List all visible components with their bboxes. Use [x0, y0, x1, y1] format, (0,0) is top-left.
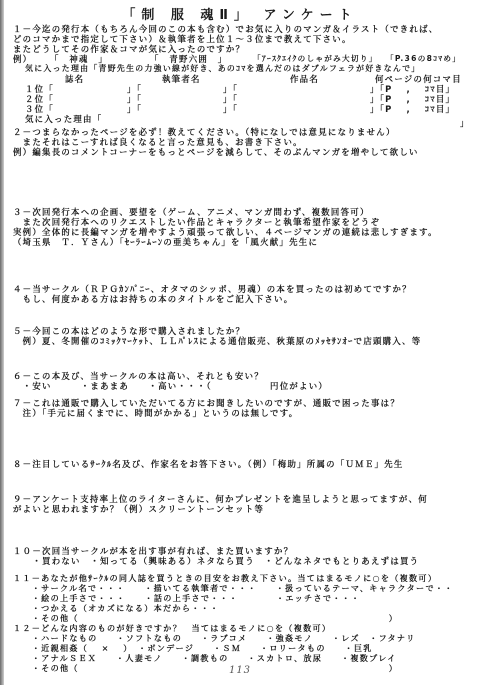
q1-reason-close: 」	[460, 118, 470, 128]
q8-answer-area[interactable]	[14, 471, 464, 491]
q5-line-1: ５－今回この本はどのような形で購入されましたか？	[13, 326, 245, 336]
rank-author-bracket: 」「	[127, 94, 142, 104]
q7-line-1: ７－これは通販で購入していただいてる方にお聞きしたいのですが、通販で困った事は？	[13, 398, 400, 408]
q1-header-page: 何ページの何コマ目	[375, 74, 462, 84]
q9-answer-area[interactable]	[14, 516, 464, 540]
q11-options-1[interactable]: ・サークル名で・・・ ・描いてる執筆者で・・・ ・扱っているテーマ、キャラクター…	[13, 583, 454, 593]
q2-answer-area[interactable]	[14, 160, 464, 200]
q3-line-1: ３－次回発行本への企画、要望を（ゲーム、アニメ、マンガ問わず、複数回答可）	[13, 207, 370, 217]
q1-example-work: 「ｱｰｽｸｴｲｸのしゃがみ大切り」	[253, 54, 378, 64]
q2-line-1: ２－つまらなかったページを必ず！教えてください。（特になしでは意見になりません）	[13, 127, 396, 137]
page-title: 「制 服 魂Ⅱ」 アンケート	[0, 4, 480, 23]
q1-reason-label[interactable]: 気に入った理由「	[25, 114, 102, 124]
q4-answer-area[interactable]	[14, 306, 464, 322]
rank-author-bracket: 」「	[127, 84, 142, 94]
q4-line-1: ４－当サークル（ＲＰＧｶﾝﾊﾟﾆｰ、オタマのシッポ、男魂）の本を買ったのは初めて…	[13, 284, 412, 294]
q8-line-1: ８－注目しているｻｰｸﾙ名及び、作家名をお答下さい。（例）「梅助」所属の「ＵＭＥ…	[13, 459, 404, 469]
q10-options[interactable]: ・買わない ・知ってる（興味ある）ネタなら買う ・どんなネタでもとりあえずは買う	[13, 556, 419, 566]
q1-line-3: またどうしてその作家＆コマが気に入ったのですか？	[13, 44, 245, 54]
q9-line-1: ９－アンケート支持率上位のライターさんに、何かプレゼントを進呈しようと思ってます…	[13, 494, 428, 504]
q9-line-2: がよいと思われますか？（例）スクリーントーンセット等	[13, 504, 264, 514]
q3-line-2: また次回発行本へのリクエストしたい作品とキャラクターと執筆希望作家をどうぞ	[13, 217, 380, 227]
questionnaire-page: 「制 服 魂Ⅱ」 アンケート １－今迄の発行本（もちろん今回のこの本も含む）でお…	[0, 0, 480, 685]
q1-example-reason: 気に入った理由「青野先生の力強い線が好き、あのｺﾏを選んだのはダブルフェラが好き…	[25, 64, 420, 74]
rank-page-field: 」「P , ｺﾏ目」	[370, 94, 455, 104]
q7-line-2: 注）「手元に届くまでに、時間がかかる」というのは無しです。	[13, 408, 298, 418]
rank-page-field: 」「P , ｺﾏ目」	[370, 104, 455, 114]
rank-work-bracket: 」「	[223, 94, 238, 104]
q1-example-page: 「P.36の8ｺﾏめ」	[386, 54, 461, 64]
q10-line-1: １０－次回当サークルが本を出す事が有れば、また買いますか？	[13, 546, 293, 556]
q1-header-author: 執筆者名	[162, 74, 201, 84]
q12-options-2[interactable]: ・近親相姦（ × ） ・ボンデージ ・ＳＭ ・ロリータもの ・巨乳	[13, 643, 373, 653]
q11-options-3[interactable]: ・つかえる（オカズになる）本だから・・・	[13, 603, 219, 613]
rank-page-field: 」「P , ｺﾏ目」	[370, 84, 455, 94]
q5-answer-area[interactable]	[14, 348, 464, 364]
q11-options-2[interactable]: ・絵の上手さで・・・ ・話の上手さで・・・ ・エッチさで・・・	[13, 593, 360, 603]
page-number: 113	[0, 665, 480, 676]
q12-options-3[interactable]: ・アナルＳＥＸ ・人妻モノ ・調教もの ・スカトロ、放尿 ・複数プレイ	[13, 653, 397, 663]
q11-line-1: １１－あなたが他ｻｰｸﾙの同人誌を買うときの目安をお教え下さい。当てはまるモノに…	[13, 573, 437, 583]
q1-header-work: 作品名	[290, 74, 319, 84]
q1-header-magazine: 誌名	[65, 74, 84, 84]
q2-line-3: 例）編集長のコメントコーナーをもっとページを減らして、そのぶんマンガを増やして欲…	[13, 147, 419, 157]
q1-example-magazine: 「 神魂 」	[50, 54, 108, 64]
q6-options[interactable]: ・安い ・まあまあ ・高い・・・（ 円位がよい）	[13, 381, 328, 391]
q1-example-author: 「 青野六囲 」	[150, 54, 227, 64]
rank-author-bracket: 」「	[127, 104, 142, 114]
q4-line-2: もし、何度かある方はお持ちの本のタイトルをご記入下さい。	[13, 294, 293, 304]
q7-answer-area[interactable]	[14, 420, 464, 450]
q1-line-1: １－今迄の発行本（もちろん今回のこの本も含む）でお気に入りのマンガ＆イラスト（で…	[13, 24, 438, 34]
rank-work-bracket: 」「	[223, 104, 238, 114]
q12-options-1[interactable]: ・ハードなもの ・ソフトなもの ・ラブコメ ・強姦モノ ・レズ ・フタナリ	[13, 633, 416, 643]
rank-work-bracket: 」「	[223, 84, 238, 94]
q3-line-4: （埼玉県 Ｔ．Ｙさん）「ｾｰﾗｰﾑｰﾝの亜美ちゃん」を「風火献」先生に	[13, 237, 318, 247]
q1-line-2: どのコマかまで指定して下さい）＆執筆者を上位１～３位まで教えて下さい。	[13, 34, 352, 44]
rank-label: ２位「	[25, 94, 54, 104]
q12-line-1: １２－どんな内容のものが好きですか？ 当てはまるモノに○を（複数可）	[13, 623, 331, 633]
q11-other-field[interactable]: ・その他（ ）	[13, 613, 398, 623]
q1-example-label: 例）	[13, 54, 32, 64]
rank-label: ３位「	[25, 104, 54, 114]
q3-line-3: 実例）全体的に長編マンガを増やすよう頑張って欲しい、４ページマンガの連続は悲しす…	[13, 227, 438, 237]
q2-line-2: またそれはこーすれば良くなると言った意見も、お書き下さい。	[13, 137, 303, 147]
q5-line-2: 例）夏、冬開催のｺﾐｯｸﾏｰｹｯﾄ、ＬＬﾊﾟﾚｽによる通信販売、秋葉原のﾒｯｾｻ…	[13, 336, 421, 346]
q3-answer-area[interactable]	[14, 250, 464, 280]
rank-label: １位「	[25, 84, 54, 94]
q6-line-1: ６－この本及び、当サークルの本は高い、それとも安い？	[13, 371, 264, 381]
